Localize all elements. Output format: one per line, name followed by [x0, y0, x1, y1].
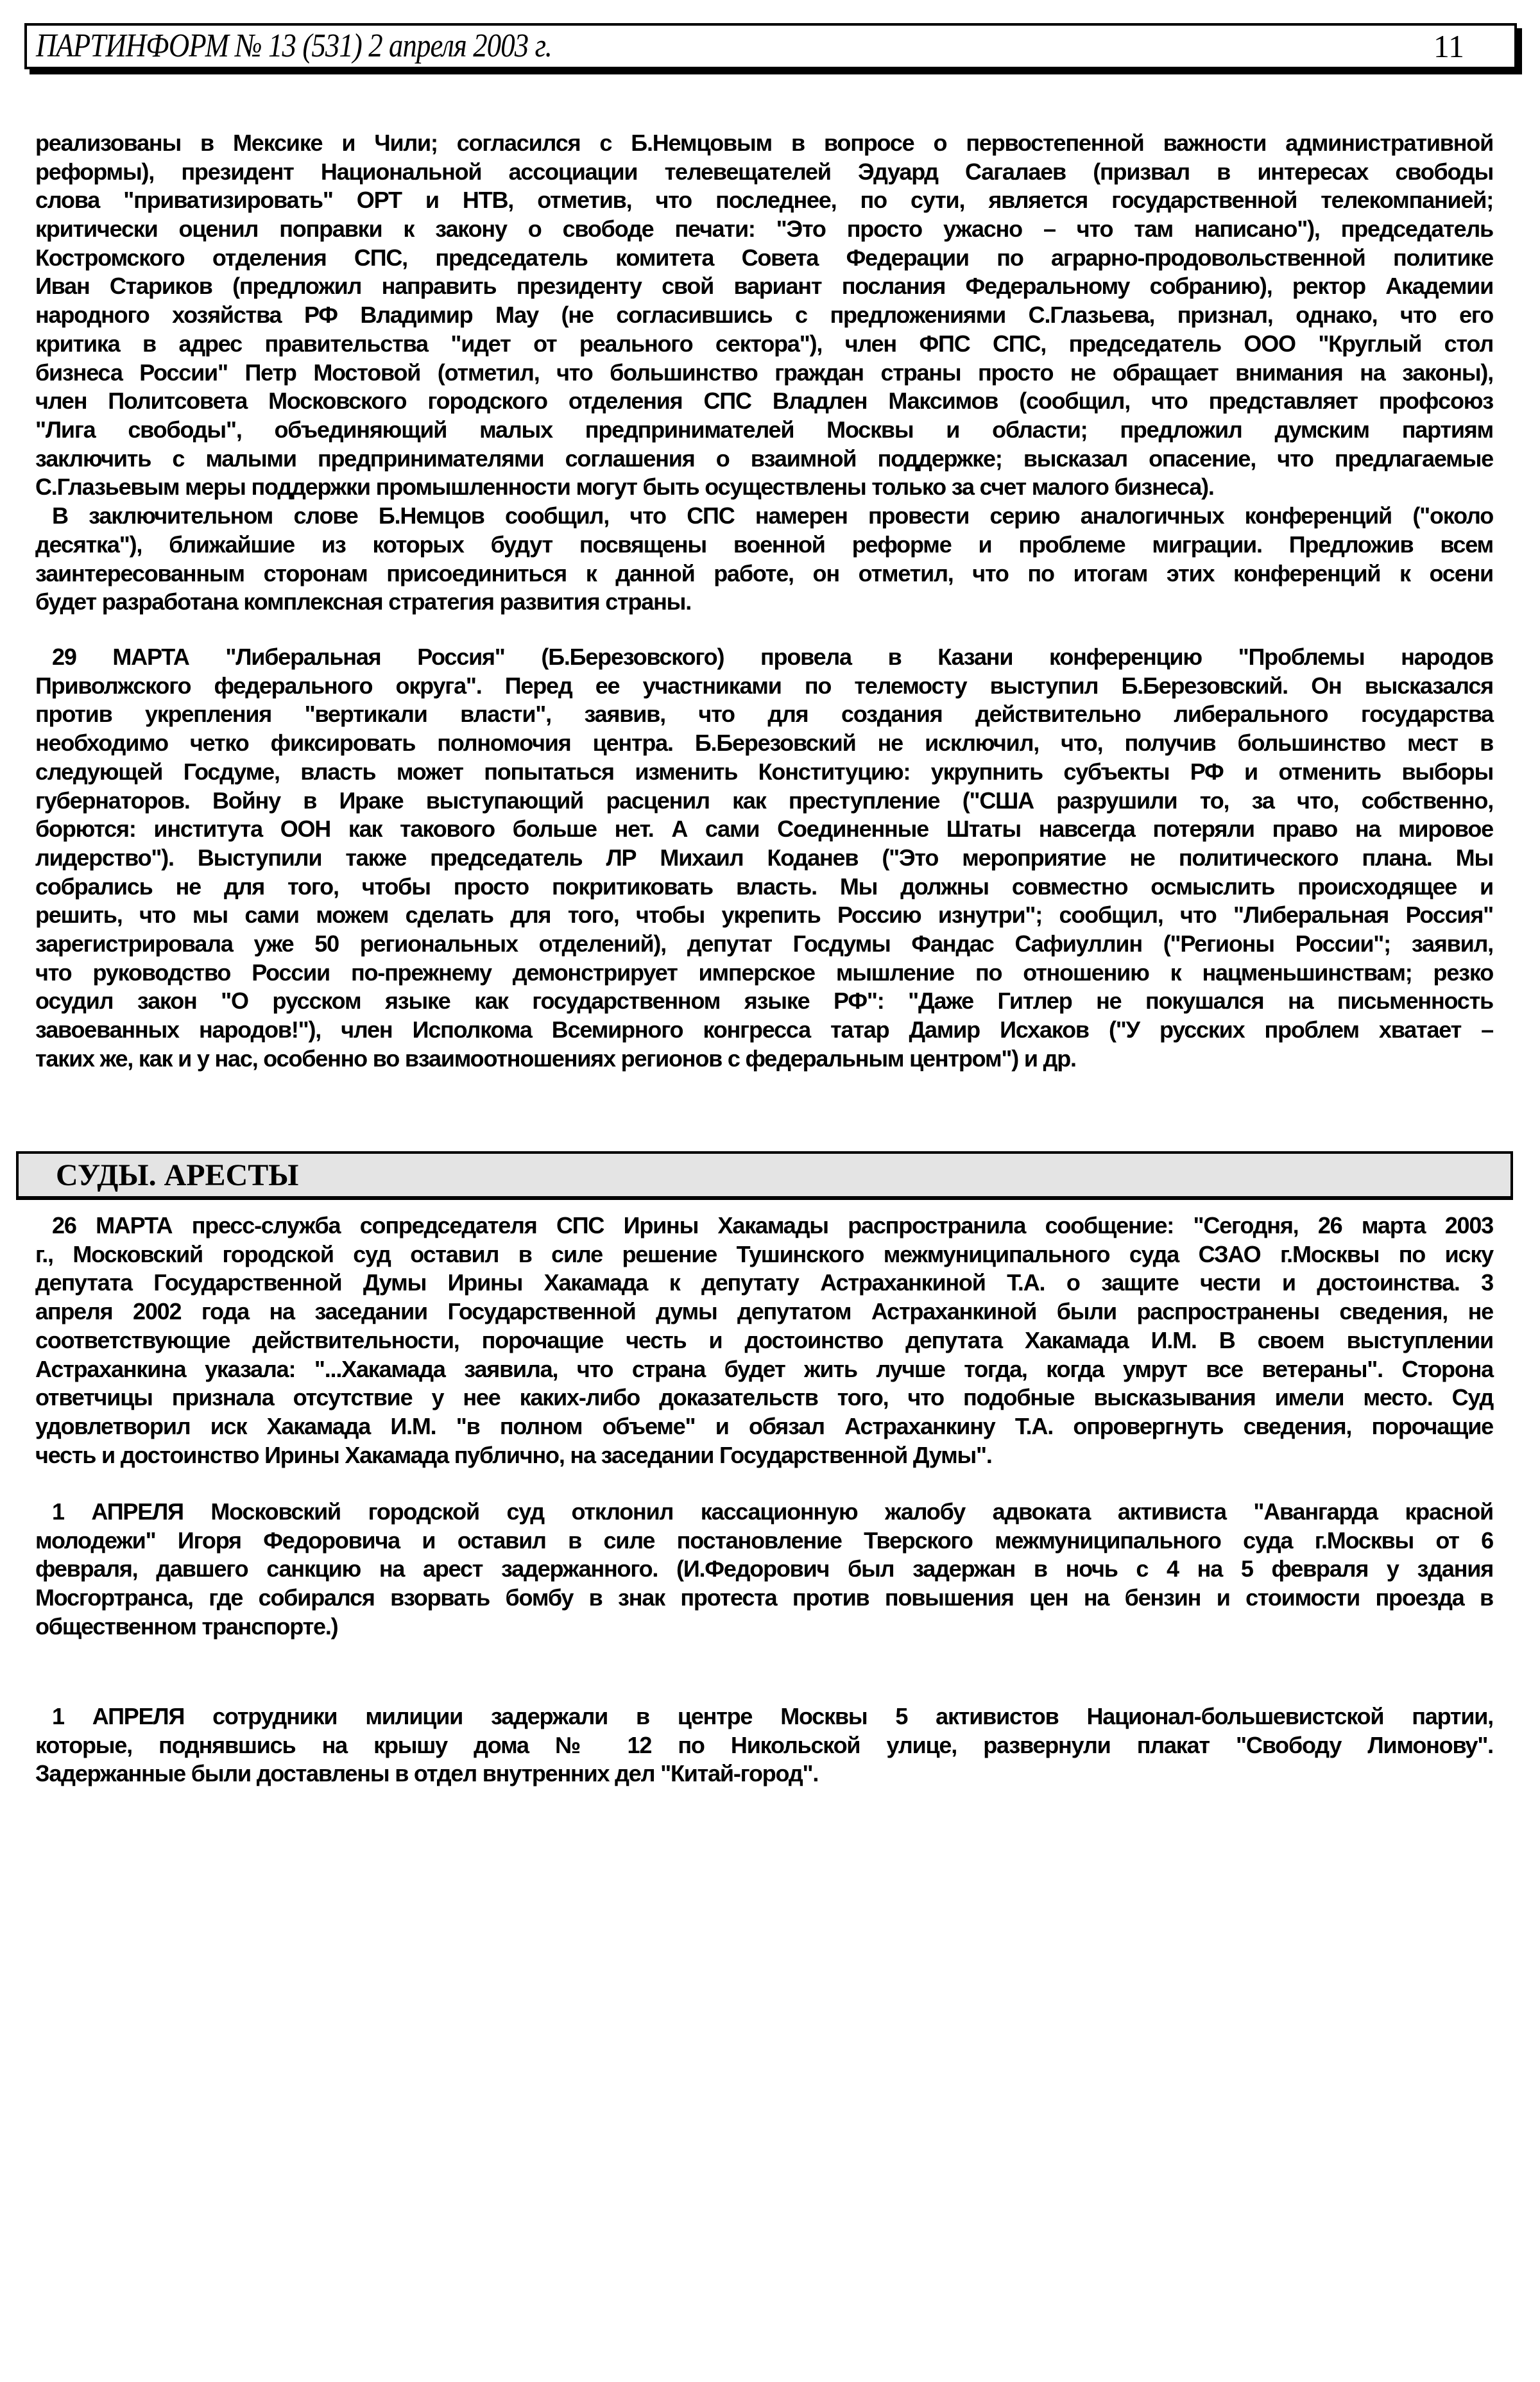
text-line: зарегистрировала уже 50 региональных отд… — [35, 929, 1493, 959]
text-line: г., Московский городской суд оставил в с… — [35, 1240, 1493, 1269]
text-line: слова "приватизировать" ОРТ и НТВ, отмет… — [35, 185, 1493, 215]
text-line: народного хозяйства РФ Владимир Мау (не … — [35, 300, 1493, 330]
text-line: таких же, как и у нас, особенно во взаим… — [35, 1044, 1493, 1074]
text-line: февраля, давшего санкцию на арест задерж… — [35, 1554, 1493, 1584]
text-line: 29 МАРТА "Либеральная Россия" (Б.Березов… — [35, 642, 1493, 672]
text-line: Задержанные были доставлены в отдел внут… — [35, 1759, 1493, 1788]
text-line: удовлетворил иск Хакамада И.М. "в полном… — [35, 1412, 1493, 1441]
text-line: собрались не для того, чтобы просто покр… — [35, 872, 1493, 902]
text-line: "Лига свободы", объединяющий малых предп… — [35, 415, 1493, 445]
text-line: честь и достоинство Ирины Хакамада публи… — [35, 1441, 1493, 1470]
text-line: которые, поднявшись на крышу дома № 12 п… — [35, 1731, 1493, 1760]
text-line: десятка"), ближайшие из которых будут по… — [35, 530, 1493, 560]
text-line: заинтересованным сторонам присоединиться… — [35, 559, 1493, 588]
text-line: В заключительном слове Б.Немцов сообщил,… — [35, 501, 1493, 531]
text-line: Иван Стариков (предложил направить прези… — [35, 271, 1493, 301]
publication-title: ПАРТИНФОРМ № 13 (531) 2 апреля 2003 г. — [36, 27, 552, 65]
text-line: депутата Государственной Думы Ирины Хака… — [35, 1268, 1493, 1298]
text-line: против укрепления "вертикали власти", за… — [35, 699, 1493, 729]
text-line: ответчицы признала отсутствие у нее каки… — [35, 1383, 1493, 1412]
text-line: борются: института ООН как такового боль… — [35, 814, 1493, 844]
section-title: СУДЫ. АРЕСТЫ — [56, 1156, 298, 1195]
text-line: С.Глазьевым меры поддержки промышленност… — [35, 472, 1493, 502]
text-line: Костромского отделения СПС, председатель… — [35, 243, 1493, 273]
text-line: критически оценил поправки к закону о св… — [35, 214, 1493, 244]
text-line: бизнеса России" Петр Мостовой (отметил, … — [35, 358, 1493, 388]
text-line: что руководство России по-прежнему демон… — [35, 958, 1493, 988]
text-line: осудил закон "О русском языке как госуда… — [35, 986, 1493, 1016]
text-line: Приволжского федерального округа". Перед… — [35, 671, 1493, 701]
text-line: следующей Госдуме, власть может попытать… — [35, 757, 1493, 787]
text-line: губернаторов. Войну в Ираке выступающий … — [35, 786, 1493, 816]
text-line: 1 АПРЕЛЯ сотрудники милиции задержали в … — [35, 1702, 1493, 1731]
text-line: 26 МАРТА пресс-служба сопредседателя СПС… — [35, 1211, 1493, 1240]
text-line: заключить с малыми предпринимателями сог… — [35, 444, 1493, 474]
text-line: соответствующие действительности, пороча… — [35, 1326, 1493, 1355]
text-line: апреля 2002 года на заседании Государств… — [35, 1297, 1493, 1326]
text-line: молодежи" Игоря Федоровича и оставил в с… — [35, 1526, 1493, 1555]
text-line: общественном транспорте.) — [35, 1612, 1493, 1641]
text-line: реформы), президент Национальной ассоциа… — [35, 157, 1493, 187]
text-line: член Политсовета Московского городского … — [35, 386, 1493, 416]
text-line: завоеванных народов!"), член Исполкома В… — [35, 1015, 1493, 1045]
text-line: лидерство"). Выступили также председател… — [35, 843, 1493, 873]
text-line: реализованы в Мексике и Чили; согласился… — [35, 128, 1493, 158]
page-number: 11 — [1433, 27, 1464, 65]
section-header-courts: СУДЫ. АРЕСТЫ — [16, 1151, 1513, 1200]
text-line: необходимо четко фиксировать полномочия … — [35, 728, 1493, 758]
text-line: будет разработана комплексная стратегия … — [35, 587, 1493, 617]
text-line: решить, что мы сами можем сделать для то… — [35, 900, 1493, 930]
page-header: ПАРТИНФОРМ № 13 (531) 2 апреля 2003 г. 1… — [24, 23, 1517, 69]
text-line: Астраханкина указала: "...Хакамада заяви… — [35, 1355, 1493, 1384]
text-line: 1 АПРЕЛЯ Московский городской суд отклон… — [35, 1497, 1493, 1527]
text-line: Мосгортранса, где собирался взорвать бом… — [35, 1583, 1493, 1613]
text-line: критика в адрес правительства "идет от р… — [35, 329, 1493, 359]
